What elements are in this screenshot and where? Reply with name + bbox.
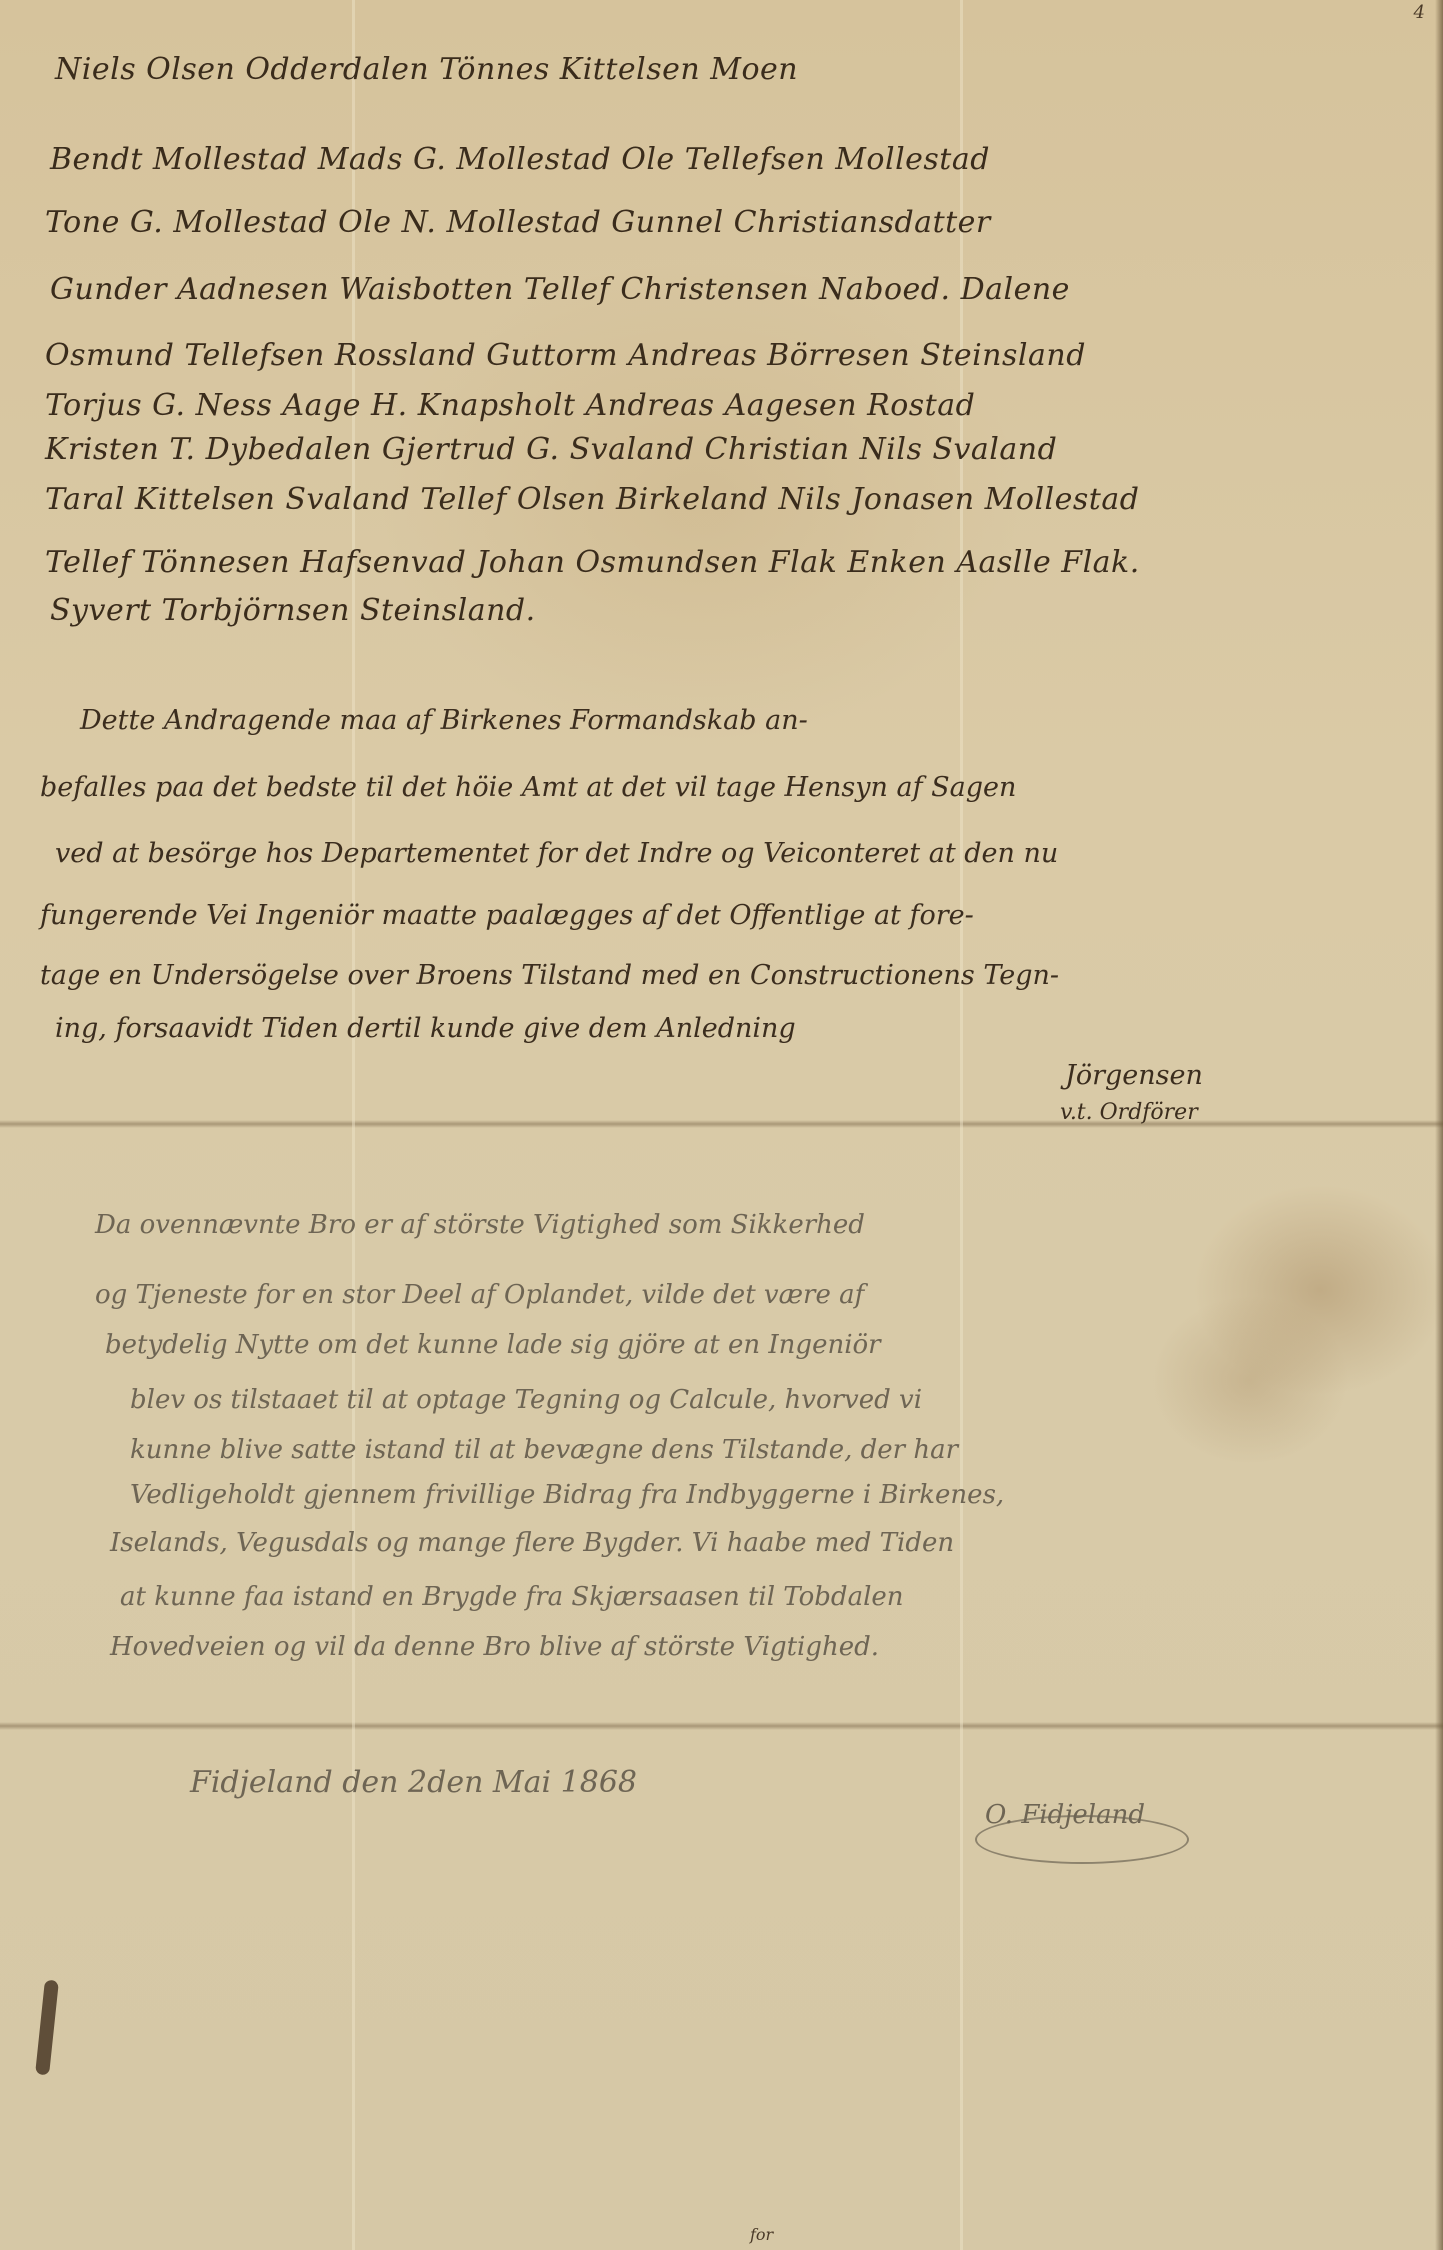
ink-stain	[35, 1980, 59, 2076]
statement-line: og Tjeneste for en stor Deel af Oplandet…	[95, 1280, 864, 1310]
signatory-line: Kristen T. Dybedalen Gjertrud G. Svaland…	[45, 432, 1057, 467]
endorsement-line: Dette Andragende maa af Birkenes Formand…	[80, 705, 808, 736]
statement-line: Hovedveien og vil da denne Bro blive af …	[110, 1632, 879, 1662]
signatory-line: Gunder Aadnesen Waisbotten Tellef Christ…	[50, 272, 1070, 307]
signatory-line: Osmund Tellefsen Rossland Guttorm Andrea…	[45, 338, 1086, 373]
signatory-line: Tone G. Mollestad Ole N. Mollestad Gunne…	[45, 205, 991, 240]
manuscript-page: 4 Niels Olsen Odderdalen Tönnes Kittelse…	[0, 0, 1443, 2250]
statement-line: Vedligeholdt gjennem frivillige Bidrag f…	[130, 1480, 1004, 1510]
statement-line: Da ovennævnte Bro er af störste Vigtighe…	[95, 1210, 865, 1240]
signatory-line: Syvert Torbjörnsen Steinsland.	[50, 593, 536, 628]
fold-crease-upper	[0, 1120, 1443, 1128]
endorsement-line: befalles paa det bedste til det höie Amt…	[40, 772, 1016, 803]
statement-line: at kunne faa istand en Brygde fra Skjærs…	[120, 1582, 904, 1612]
signatory-line: Tellef Tönnesen Hafsenvad Johan Osmundse…	[45, 545, 1140, 580]
statement-line: kunne blive satte istand til at bevægne …	[130, 1435, 958, 1465]
place-and-date: Fidjeland den 2den Mai 1868	[190, 1765, 637, 1800]
endorsement-line: ing, forsaavidt Tiden dertil kunde give …	[55, 1013, 796, 1044]
signatory-line: Taral Kittelsen Svaland Tellef Olsen Bir…	[45, 482, 1139, 517]
statement-line: betydelig Nytte om det kunne lade sig gj…	[105, 1330, 881, 1360]
page-number: 4	[1414, 2, 1425, 23]
endorsement-line: fungerende Vei Ingeniör maatte paalægges…	[40, 900, 974, 931]
fold-crease-lower	[0, 1722, 1443, 1730]
signatory-line: Bendt Mollestad Mads G. Mollestad Ole Te…	[50, 142, 990, 177]
endorsement-signature-title: v.t. Ordförer	[1060, 1100, 1198, 1125]
endorsement-line: tage en Undersögelse over Broens Tilstan…	[40, 960, 1059, 991]
statement-line: blev os tilstaaet til at optage Tegning …	[130, 1385, 922, 1415]
signatory-line: Torjus G. Ness Aage H. Knapsholt Andreas…	[45, 388, 975, 423]
signatory-line: Niels Olsen Odderdalen Tönnes Kittelsen …	[55, 52, 798, 87]
endorsement-line: ved at besörge hos Departementet for det…	[55, 838, 1058, 869]
statement-line: Iselands, Vegusdals og mange flere Bygde…	[110, 1528, 954, 1558]
statement-signature: O. Fidjeland	[985, 1800, 1145, 1830]
endorsement-signature: Jörgensen	[1065, 1060, 1203, 1091]
bottom-mark: for	[750, 2225, 773, 2244]
